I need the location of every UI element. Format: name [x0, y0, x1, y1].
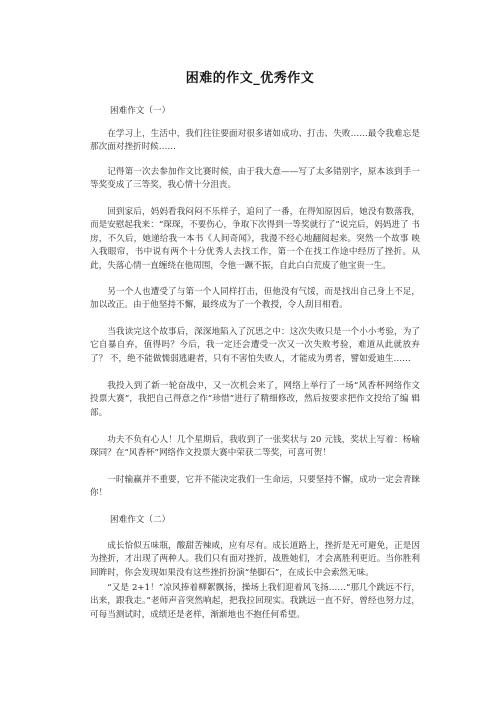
paragraph: 另一个人也遭受了与第一个人同样打击，但他没有气馁，而是找出自己身上不足， 加以改…	[90, 286, 420, 313]
paragraph: 记得第一次去参加作文比赛时候，由于我大意——写了太多错别字，原本该到手一 等奖变…	[90, 166, 420, 193]
paragraph: 当我读完这个故事后，深深地陷入了沉思之中：这次失败只是一个小小考验，为了 它自暴…	[90, 326, 420, 366]
section-heading-2: 困难作文（二）	[110, 513, 170, 525]
paragraph: 在学习上，生活中，我们往往要面对很多诸如成功、打击、失败……最令我难忘是 那次面…	[90, 128, 420, 155]
paragraph: 功夫不负有心人！几个星期后，我收到了一张奖状与 20 元钱，奖状上写着：杨喻 琛…	[90, 434, 420, 461]
paragraph: 一时输赢并不重要，它并不能决定我们一生命运，只要坚持不懈，成功一定会青睐 你！	[90, 474, 420, 501]
section-heading-1: 困难作文（一）	[110, 104, 170, 116]
paragraph: 我投入到了新一轮奋战中，又一次机会来了，网络上举行了一场“风香杯网络作文 投票大…	[90, 380, 420, 420]
document-title: 困难的作文_优秀作文	[0, 67, 500, 86]
paragraph: 成长恰似五味瓶，酸甜苦辣咸，应有尽有。成长道路上，挫折是无可避免，正是因 为挫折…	[90, 540, 420, 580]
paragraph: “又是 2+1！”凉风捧着柳絮飘扬，操场上我们迎着风飞扬……“那几个跳远不行， …	[90, 582, 420, 622]
paragraph: 回到家后，妈妈看我闷闷不乐样子，追问了一番，在得知原因后，她没有数落我， 而是安…	[90, 206, 420, 273]
document-page: 困难的作文_优秀作文 困难作文（一） 在学习上，生活中，我们往往要面对很多诸如成…	[0, 0, 500, 707]
